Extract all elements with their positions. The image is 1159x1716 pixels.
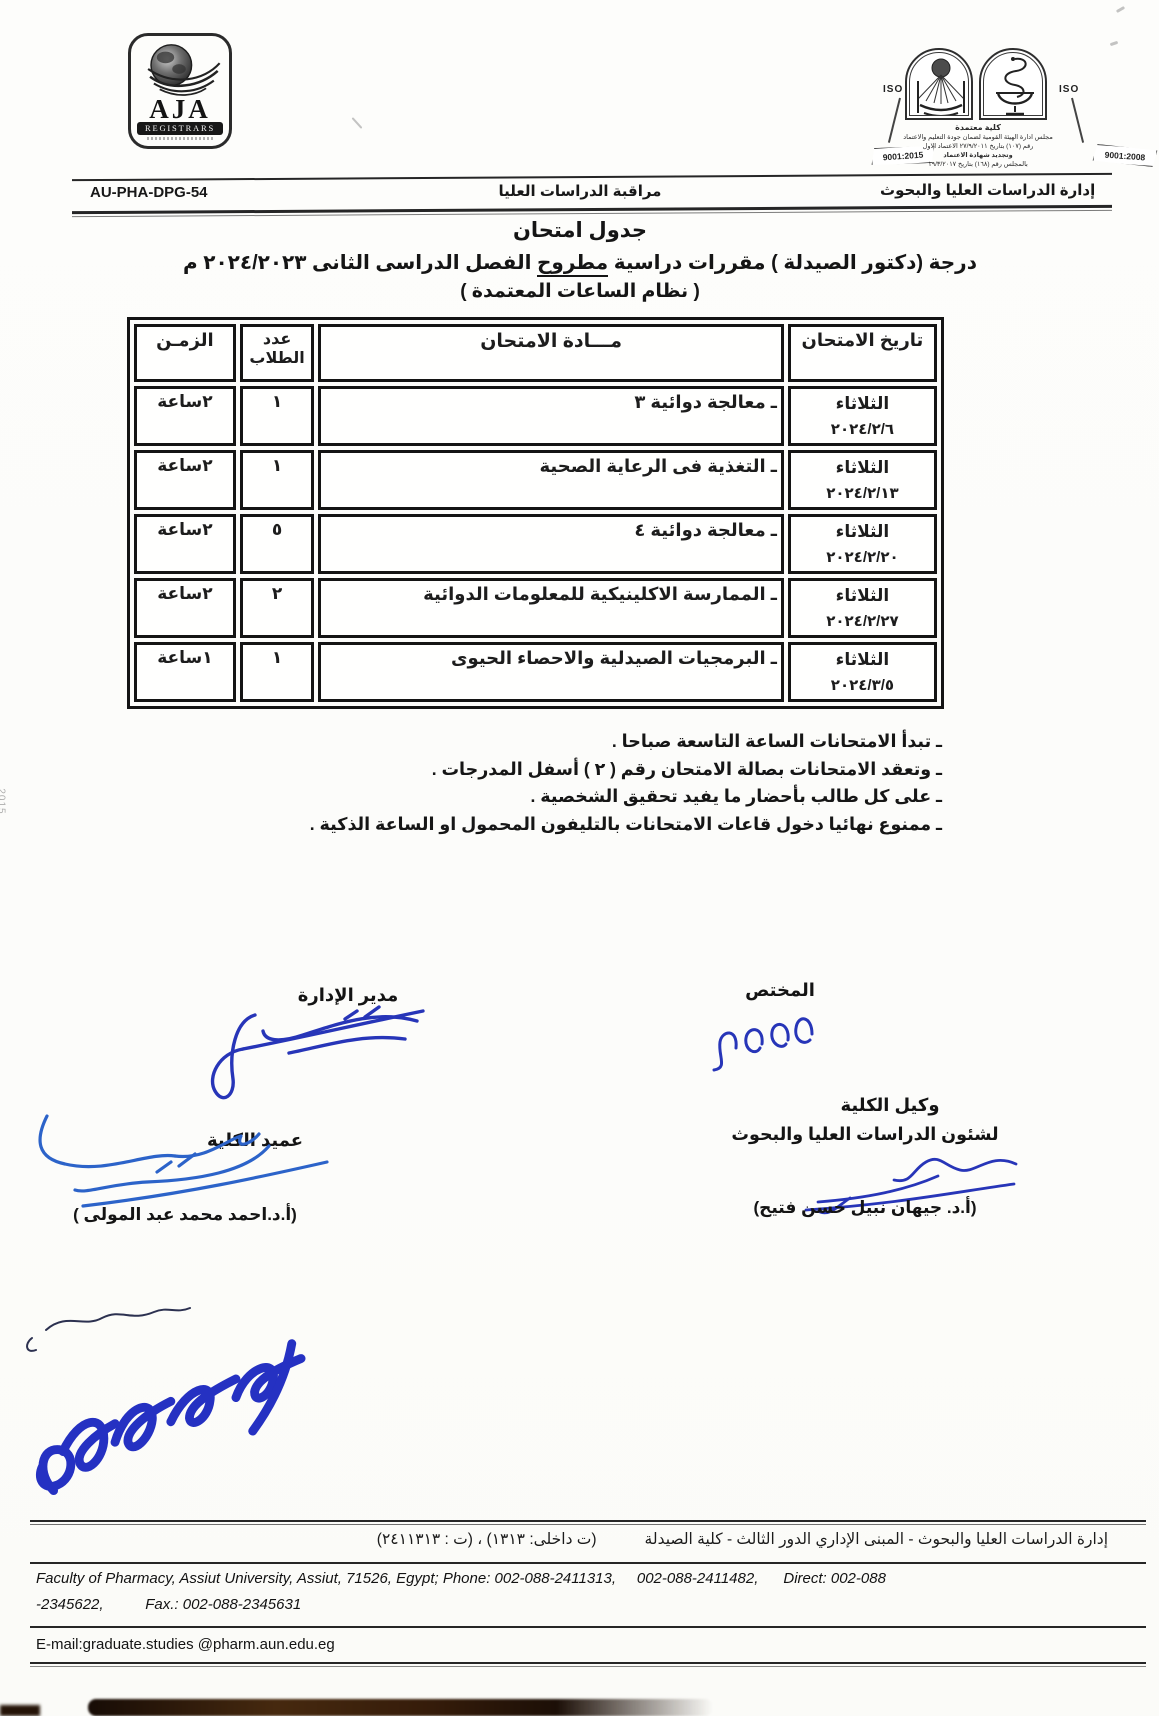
iso-label-right: ISO bbox=[1059, 84, 1079, 95]
director-signature bbox=[185, 995, 435, 1110]
faculty-accreditation-stamp: ISO ISO 9001:2015 9001:2008 كلية معتمدة … bbox=[855, 28, 1159, 170]
col-header-students: عدد الطلاب bbox=[240, 324, 315, 382]
footer-arabic-phones: (ت داخلى: ١٣١٣) ، (ت : ٢٤١١٣١٣) bbox=[377, 1530, 597, 1549]
note-line: ـ على كل طالب بأحضار ما يفيد تحقيق الشخص… bbox=[222, 783, 942, 811]
footer-email: E-mail:graduate.studies @pharm.aun.edu.e… bbox=[36, 1636, 335, 1653]
exam-day: الثلاثاء bbox=[795, 394, 930, 414]
aja-registrars-logo: AJA REGISTRARS bbox=[128, 33, 232, 149]
note-line: ـ وتعقد الامتحانات بصالة الامتحان رقم ( … bbox=[222, 756, 942, 784]
footer-arabic-address: إدارة الدراسات العليا والبحوث - المبنى ا… bbox=[645, 1530, 1108, 1549]
note-line: ـ ممنوع نهائيا دخول قاعات الامتحانات بال… bbox=[222, 811, 942, 839]
footer-rule bbox=[30, 1626, 1146, 1628]
exam-date: ٢٠٢٤/٢/٢٠ bbox=[795, 548, 930, 566]
doc-code: AU-PHA-DPG-54 bbox=[90, 184, 208, 201]
footer-english-line2: -2345622, Fax.: 002-088-2345631 bbox=[36, 1596, 976, 1613]
table-row: الثلاثاء٢٠٢٤/٢/٦ ـ معالجة دوائية ٣ ١ ٢سا… bbox=[134, 386, 937, 446]
student-count: ٥ bbox=[240, 514, 315, 574]
footer-rule bbox=[30, 1562, 1146, 1564]
scanned-exam-schedule-page: { "header": { "doc_code": "AU-PHA-DPG-54… bbox=[0, 0, 1159, 1716]
table-row: الثلاثاء٢٠٢٤/٢/٢٧ ـ الممارسة الاكلينيكية… bbox=[134, 578, 937, 638]
scan-shadow-corner bbox=[0, 1705, 40, 1716]
exam-subject: ـ معالجة دوائية ٤ bbox=[318, 514, 784, 574]
exam-subject: ـ البرمجيات الصيدلية والاحصاء الحيوى bbox=[318, 642, 784, 702]
table-header-row: تاريخ الامتحان مـــادة الامتحان عدد الطل… bbox=[134, 324, 937, 382]
exam-notes: ـ تبدأ الامتحانات الساعة التاسعة صباحا .… bbox=[222, 728, 942, 838]
scan-speck bbox=[352, 117, 363, 129]
header-center-label: مراقبة الدراسات العليا bbox=[470, 182, 690, 200]
footer-arabic-line: إدارة الدراسات العليا والبحوث - المبنى ا… bbox=[240, 1530, 1108, 1549]
exam-day: الثلاثاء bbox=[795, 650, 930, 670]
page-title: جدول امتحان bbox=[160, 218, 1000, 243]
scan-shadow-smudge bbox=[88, 1699, 713, 1716]
title-degree-line: درجة (دكتور الصيدلة ) مقررات دراسية مطرو… bbox=[160, 250, 1000, 275]
exam-subject: ـ التغذية فى الرعاية الصحية bbox=[318, 450, 784, 510]
exam-date: ٢٠٢٤/٢/١٣ bbox=[795, 484, 930, 502]
pharmacy-emblem bbox=[979, 48, 1047, 120]
specialist-signature bbox=[700, 1000, 840, 1075]
exam-day: الثلاثاء bbox=[795, 458, 930, 478]
student-count: ١ bbox=[240, 386, 315, 446]
footer-rule bbox=[30, 1662, 1146, 1664]
student-count: ٢ bbox=[240, 578, 315, 638]
snake-chalice-icon bbox=[984, 53, 1043, 116]
accreditation-line: مجلس ادارة الهيئة القومية لضمان جودة الت… bbox=[889, 134, 1067, 142]
approval-stamp-signature bbox=[12, 1312, 352, 1512]
footer-rule bbox=[30, 1520, 1146, 1522]
student-count: ١ bbox=[240, 642, 315, 702]
scan-speck bbox=[1116, 6, 1125, 13]
accreditation-title: كلية معتمدة bbox=[917, 124, 1039, 132]
header-right-label: إدارة الدراسات العليا والبحوث bbox=[880, 181, 1108, 199]
vice-dean-title: وكيل الكلية bbox=[790, 1095, 990, 1116]
sun-gate-icon bbox=[910, 53, 969, 116]
table-row: الثلاثاء٢٠٢٤/٢/٢٠ ـ معالجة دوائية ٤ ٥ ٢س… bbox=[134, 514, 937, 574]
accreditation-line: بالمجلس رقم (١٦٨) بتاريخ ١٩/٣/٢٠١٧ bbox=[899, 161, 1057, 169]
exam-duration: ٢ساعة bbox=[134, 578, 236, 638]
exam-subject: ـ الممارسة الاكلينيكية للمعلومات الدوائي… bbox=[318, 578, 784, 638]
exam-duration: ٢ساعة bbox=[134, 386, 236, 446]
table-row: الثلاثاء٢٠٢٤/٢/١٣ ـ التغذية فى الرعاية ا… bbox=[134, 450, 937, 510]
exam-schedule-table: تاريخ الامتحان مـــادة الامتحان عدد الطل… bbox=[127, 317, 944, 709]
exam-subject: ـ معالجة دوائية ٣ bbox=[318, 386, 784, 446]
title-credit-hours: ( نظام الساعات المعتمدة ) bbox=[160, 280, 1000, 303]
exam-date: ٢٠٢٤/٢/٦ bbox=[795, 420, 930, 438]
accreditation-line: وتجديد شهادة الاعتماد bbox=[931, 152, 1025, 160]
document-title-block: جدول امتحان درجة (دكتور الصيدلة ) مقررات… bbox=[160, 218, 1000, 303]
title-degree-prefix: درجة (دكتور الصيدلة ) مقررات دراسية bbox=[608, 252, 977, 274]
exam-date: ٢٠٢٤/٣/٥ bbox=[795, 676, 930, 694]
iso-label-left: ISO bbox=[883, 84, 903, 95]
aja-logo-text: AJA bbox=[149, 98, 211, 120]
footer-rule-echo bbox=[30, 1666, 1146, 1667]
aja-fine-print bbox=[147, 137, 213, 140]
student-count: ١ bbox=[240, 450, 315, 510]
vice-dean-name: (أ.د. جيهان نبيل حسن فتيح) bbox=[705, 1198, 1025, 1218]
iso-ribbon-right: 9001:2008 bbox=[1092, 144, 1157, 167]
aja-registrars-text: REGISTRARS bbox=[137, 122, 223, 135]
assiut-university-emblem bbox=[905, 48, 973, 120]
exam-duration: ٢ساعة bbox=[134, 514, 236, 574]
exam-duration: ٢ساعة bbox=[134, 450, 236, 510]
specialist-label: المختص bbox=[715, 980, 845, 1001]
footer-rule-echo bbox=[30, 1524, 1146, 1525]
col-header-subject: مـــادة الامتحان bbox=[318, 324, 784, 382]
header-rule-top bbox=[72, 173, 1112, 181]
col-header-date: تاريخ الامتحان bbox=[788, 324, 937, 382]
note-line: ـ تبدأ الامتحانات الساعة التاسعة صباحا . bbox=[222, 728, 942, 756]
col-header-duration: الزمـن bbox=[134, 324, 236, 382]
exam-date: ٢٠٢٤/٢/٢٧ bbox=[795, 612, 930, 630]
accreditation-line: رقم (١٠٧) بتاريخ ٢٧/٩/٢٠١١ الاعتماد الاو… bbox=[895, 143, 1061, 151]
exam-duration: ١ساعة bbox=[134, 642, 236, 702]
margin-scan-note: 2015 bbox=[0, 788, 7, 814]
ribbon-tail bbox=[1071, 98, 1084, 143]
table-row: الثلاثاء٢٠٢٤/٣/٥ ـ البرمجيات الصيدلية وا… bbox=[134, 642, 937, 702]
exam-day: الثلاثاء bbox=[795, 522, 930, 542]
dean-name: (أ.د.احمد محمد عبد المولى ) bbox=[30, 1205, 340, 1225]
footer-english-line1: Faculty of Pharmacy, Assiut University, … bbox=[36, 1570, 976, 1587]
exam-day: الثلاثاء bbox=[795, 586, 930, 606]
title-degree-suffix: الفصل الدراسى الثانى ٢٠٢٤/٢٠٢٣ م bbox=[183, 252, 537, 274]
title-underlined-word: مطروح bbox=[537, 252, 608, 277]
aja-globe-icon bbox=[136, 40, 224, 98]
